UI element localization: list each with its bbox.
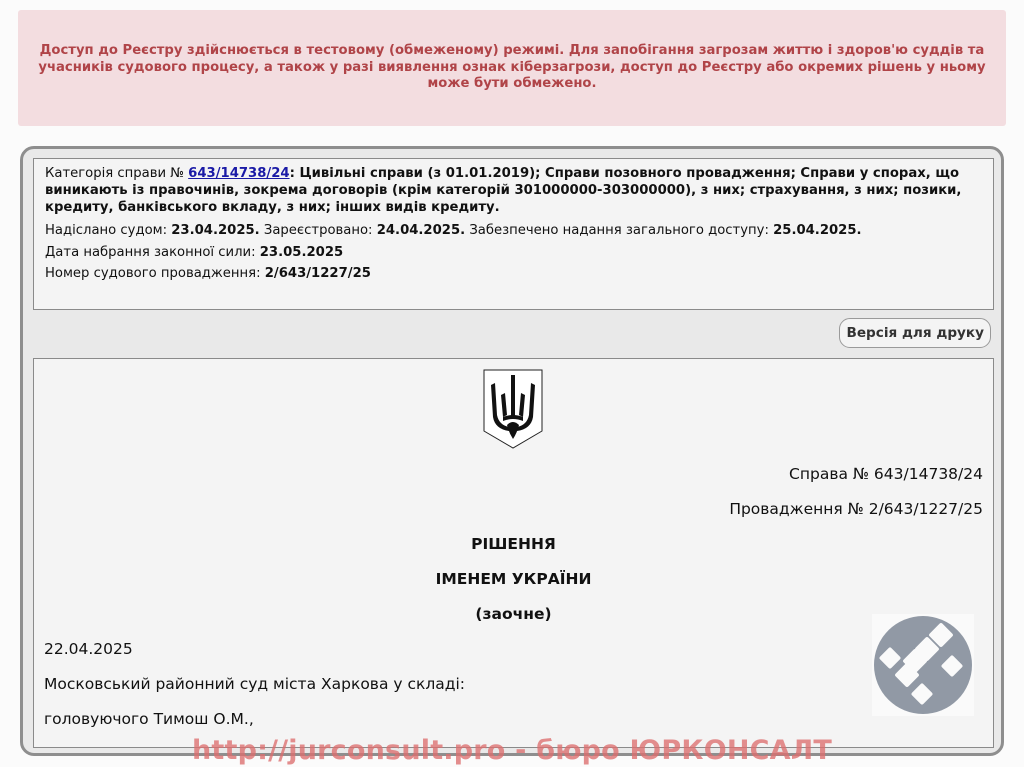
presiding-judge: головуючого Тимош О.М., [44, 710, 254, 728]
court-composition: Московський районний суд міста Харкова у… [44, 675, 465, 693]
sent-label: Надіслано судом: [45, 223, 171, 238]
decision-type: (заочне) [34, 605, 993, 623]
case-number-line: Справа № 643/14738/24 [789, 465, 983, 483]
proceeding-label: Номер судового провадження: [45, 266, 265, 281]
sent-date: 23.04.2025. [171, 223, 259, 238]
decision-container: Категорія справи № 643/14738/24: Цивільн… [20, 146, 1004, 756]
registered-date: 24.04.2025. [377, 223, 465, 238]
public-access-label: Забезпечено надання загального доступу: [465, 223, 773, 238]
decision-date: 22.04.2025 [44, 640, 133, 658]
decision-subtitle: ІМЕНЕМ УКРАЇНИ [34, 570, 993, 588]
decision-document: Справа № 643/14738/24 Провадження № 2/64… [33, 358, 994, 748]
case-number-link[interactable]: 643/14738/24 [188, 166, 289, 181]
dates-line: Надіслано судом: 23.04.2025. Зареєстрова… [45, 220, 982, 242]
proceeding-number: 2/643/1227/25 [265, 266, 371, 281]
access-warning-text: Доступ до Реєстру здійснюється в тестово… [34, 43, 990, 93]
proceeding-line: Номер судового провадження: 2/643/1227/2… [45, 263, 982, 285]
proceeding-number-line: Провадження № 2/643/1227/25 [729, 500, 983, 518]
public-access-date: 25.04.2025. [773, 223, 861, 238]
ukraine-coat-of-arms-icon [483, 369, 543, 449]
decision-title: РІШЕННЯ [34, 535, 993, 553]
legal-force-line: Дата набрання законної сили: 23.05.2025 [45, 242, 982, 264]
watermark-text: http://jurconsult.pro - бюро ЮРКОНСАЛТ [0, 735, 1024, 766]
watermark-logo-icon [872, 614, 974, 716]
legal-force-date: 23.05.2025 [260, 245, 343, 260]
case-category: Категорія справи № 643/14738/24: Цивільн… [45, 166, 982, 216]
access-warning-banner: Доступ до Реєстру здійснюється в тестово… [18, 10, 1006, 126]
case-info-panel: Категорія справи № 643/14738/24: Цивільн… [33, 158, 994, 310]
registered-label: Зареєстровано: [260, 223, 377, 238]
legal-force-label: Дата набрання законної сили: [45, 245, 260, 260]
category-label: Категорія справи № [45, 166, 188, 181]
print-version-button[interactable]: Версія для друку [839, 318, 991, 348]
